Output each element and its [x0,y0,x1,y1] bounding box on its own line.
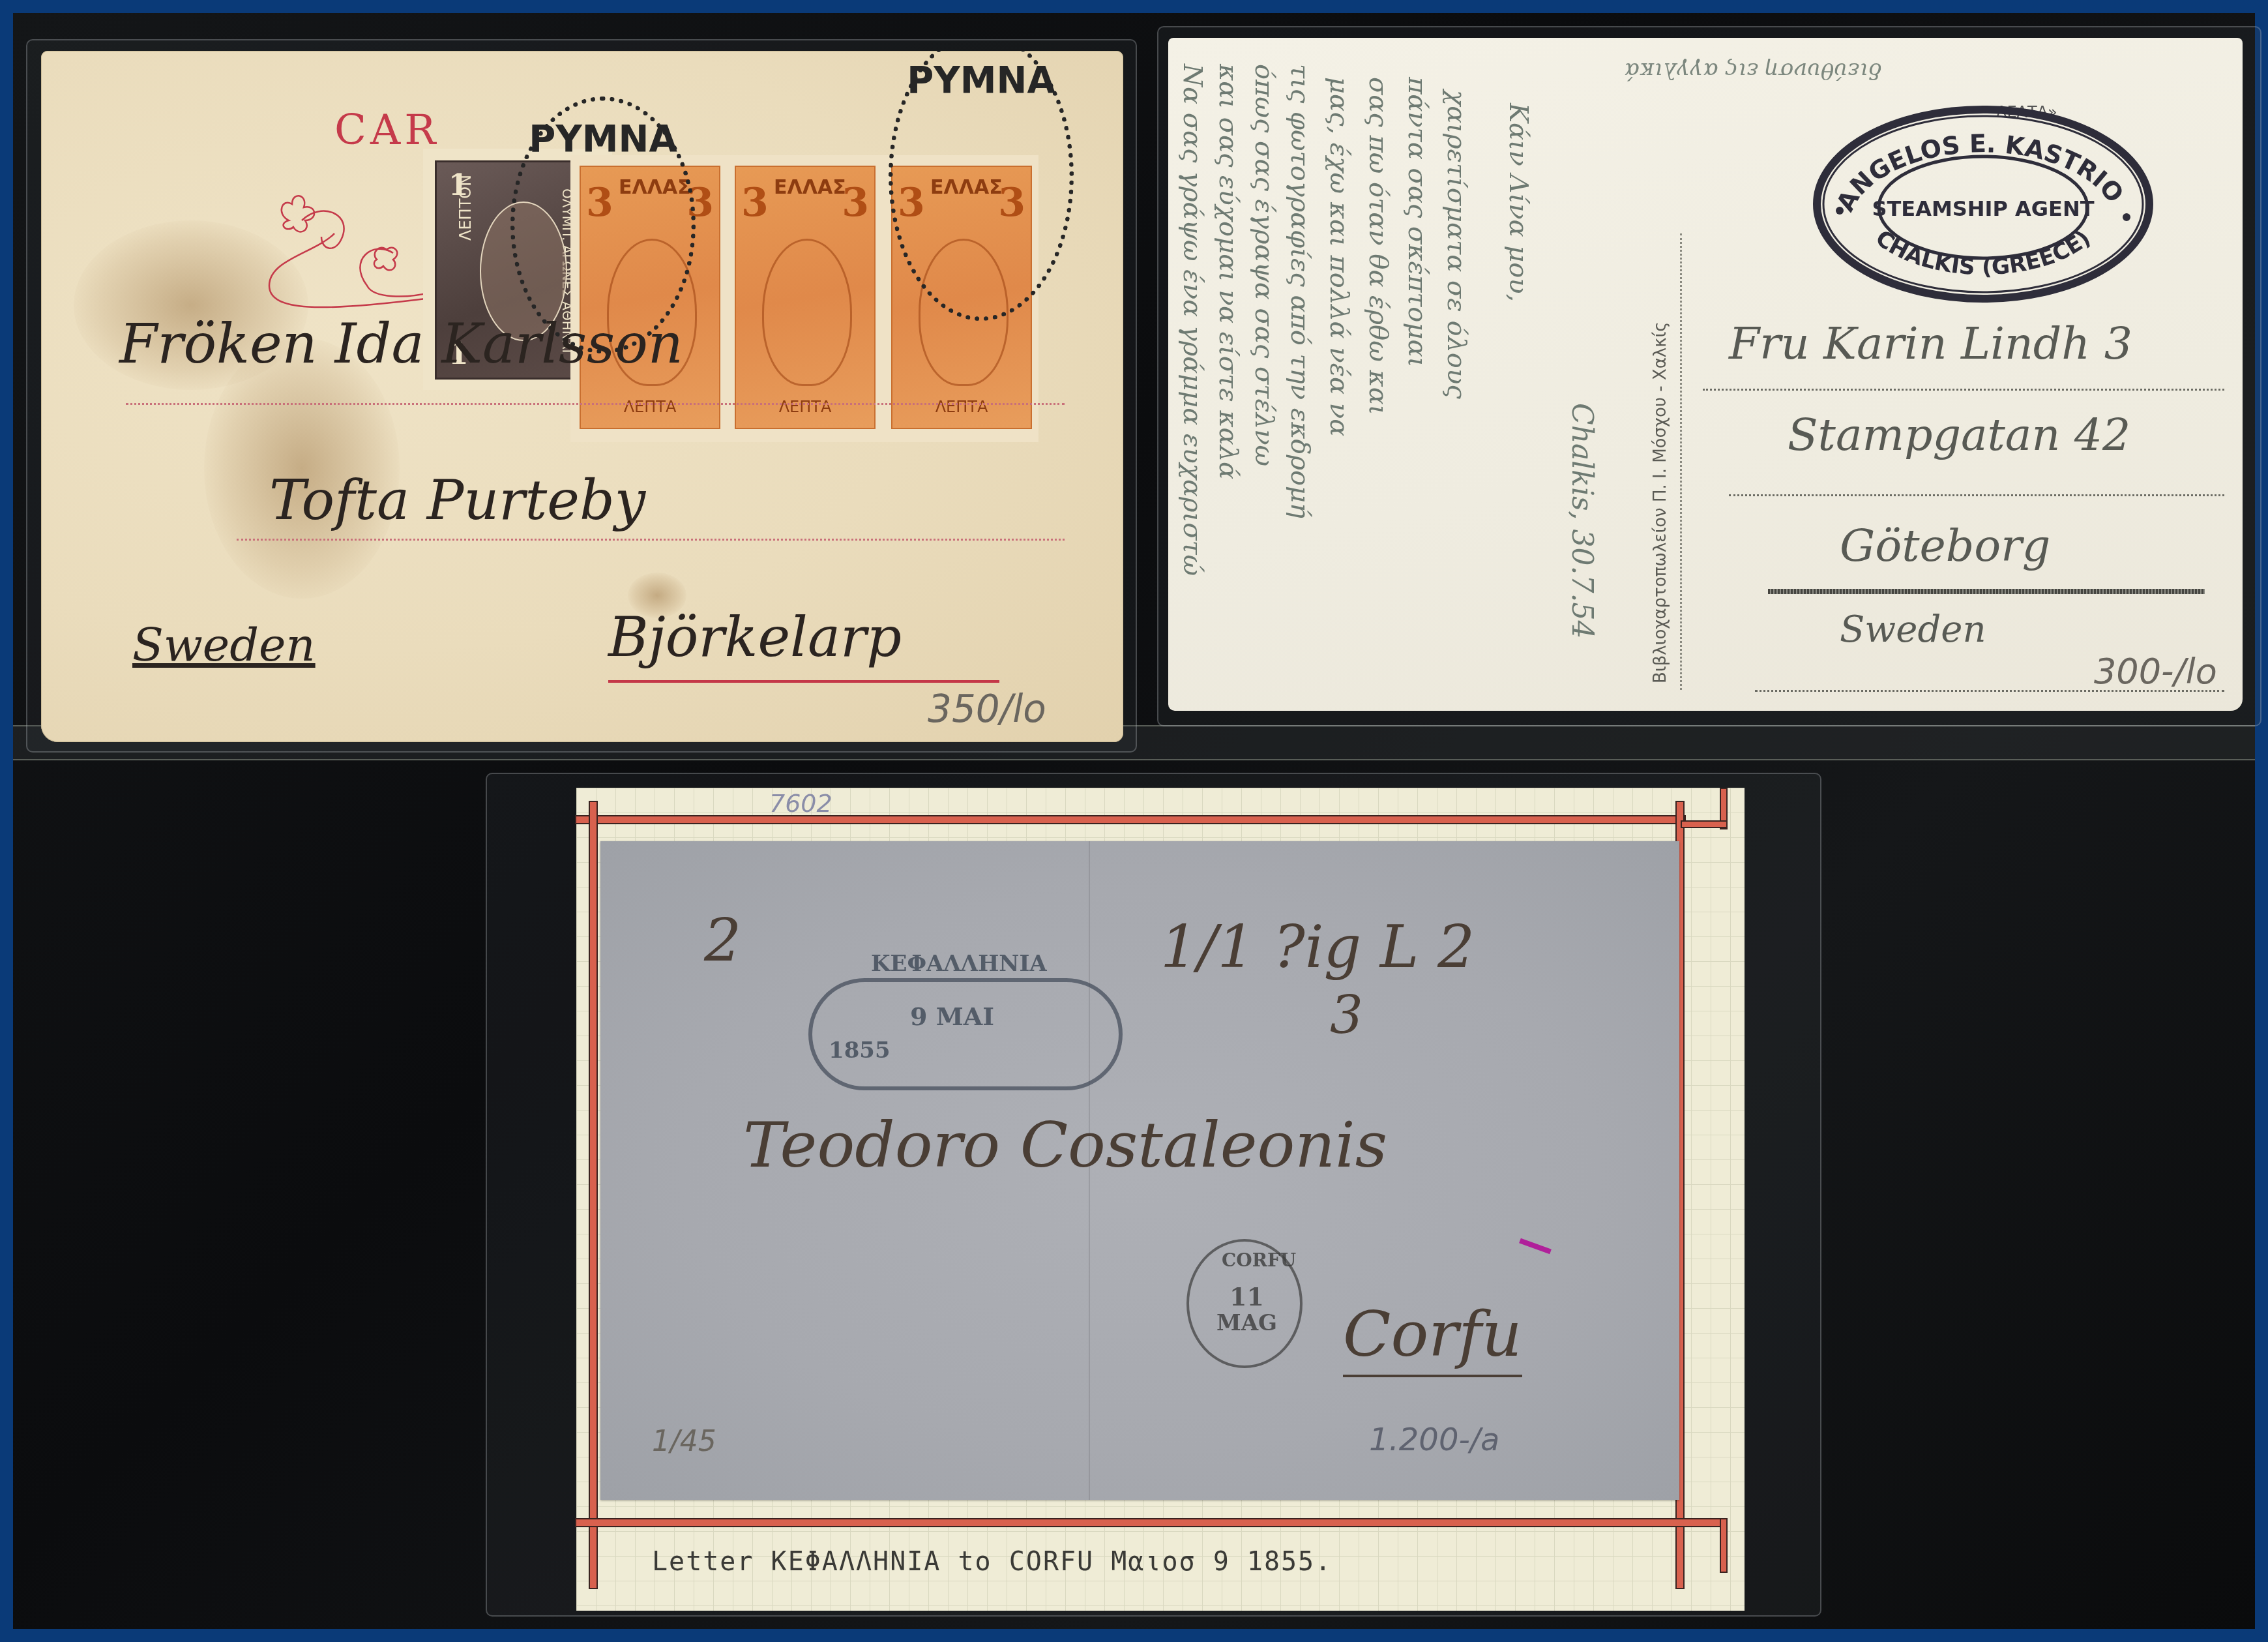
postcard-front[interactable]: CAR 1 1 ΛΕΠΤΟΝ ΟΛΥΜΠ. ΑΓΩΝΕΣ ΑΘΗΝΑΙ 3 3 … [41,51,1123,742]
addressee-name: Teodoro Costaleonis [743,1109,1387,1182]
sheet-border [1721,1519,1726,1572]
rate-marking: 3 [1330,985,1363,1045]
address-line-name: Fru Karin Lindh 3 [1729,318,2132,370]
album-caption: Letter ΚΕΦΑΛΛΗΝΙΑ to CORFU Μαιοσ 9 1855. [652,1547,1332,1577]
sheet-border [1682,822,1726,827]
address-line-village: Björkelarp [608,605,902,669]
pencil-note: 1/45 [652,1425,716,1458]
kefallinia-cancel: ΚΕΦΑΛΛΗΝΙΑ 9 ΜΑΙ 1855 [808,978,1123,1090]
postcard-back[interactable]: Να σας γράψω ένα γράμμα ευχαριστώ και σα… [1168,38,2243,711]
address-line-town: Tofta Purteby [269,468,645,532]
address-underline [1768,589,2205,594]
address-rule [126,403,1065,405]
rate-marking: 2 [704,906,741,975]
price-note: 350/lo [928,687,1046,731]
sheet-border [576,1519,1726,1526]
publisher-imprint: Βιβλιοχαρτοπωλείον Π. Ι. Μόσχου - Χαλκίς [1651,321,1670,683]
stamp-3-lepta: 3 3 ΕΛΛΑΣ ΛΕΠΤΑ [726,155,882,442]
address-country: Sweden [1840,608,1986,651]
sheet-border [576,816,1685,823]
pencil-note-top: 7602 [769,789,832,818]
svg-text:CHALKIS (GREECE): CHALKIS (GREECE) [1870,225,2095,280]
address-line-name: Fröken Ida Karlsson [119,312,683,376]
top-note: διεύθυνση εις αγγλικά [1625,57,1881,83]
address-line-city: Göteborg [1840,520,2050,572]
address-rule [237,539,1065,541]
steamship-agent-cachet: EVANGELOS E. KASTRIOTIS STEAMSHIP AGENT … [1807,100,2159,308]
price-note: 300-/lo [2094,651,2217,692]
hermes-figure [762,239,852,386]
rate-marking: 1/1 ?ig L 2 [1160,913,1475,981]
corfu-arrival-cancel: CORFU 11 MAG [1186,1239,1303,1368]
address-underline [608,680,999,683]
address-line-street: Stampgatan 42 [1788,410,2130,461]
date-note: Chalkis, 30.7.54 [1565,403,1598,639]
sheet-border [590,802,596,1588]
card-header-text: CAR [334,106,439,155]
floral-ornament-icon [263,181,432,331]
address-rule [1729,494,2224,496]
destination-corfu: Corfu [1343,1298,1522,1377]
address-country: Sweden [132,618,316,672]
postmark-rymna: ΡΥΜΝΑ [889,51,1074,321]
address-rule [1703,389,2224,391]
price-note: 1.200-/a [1369,1422,1499,1458]
divider-line [1680,233,1682,690]
svg-text:STEAMSHIP AGENT: STEAMSHIP AGENT [1872,196,2094,221]
